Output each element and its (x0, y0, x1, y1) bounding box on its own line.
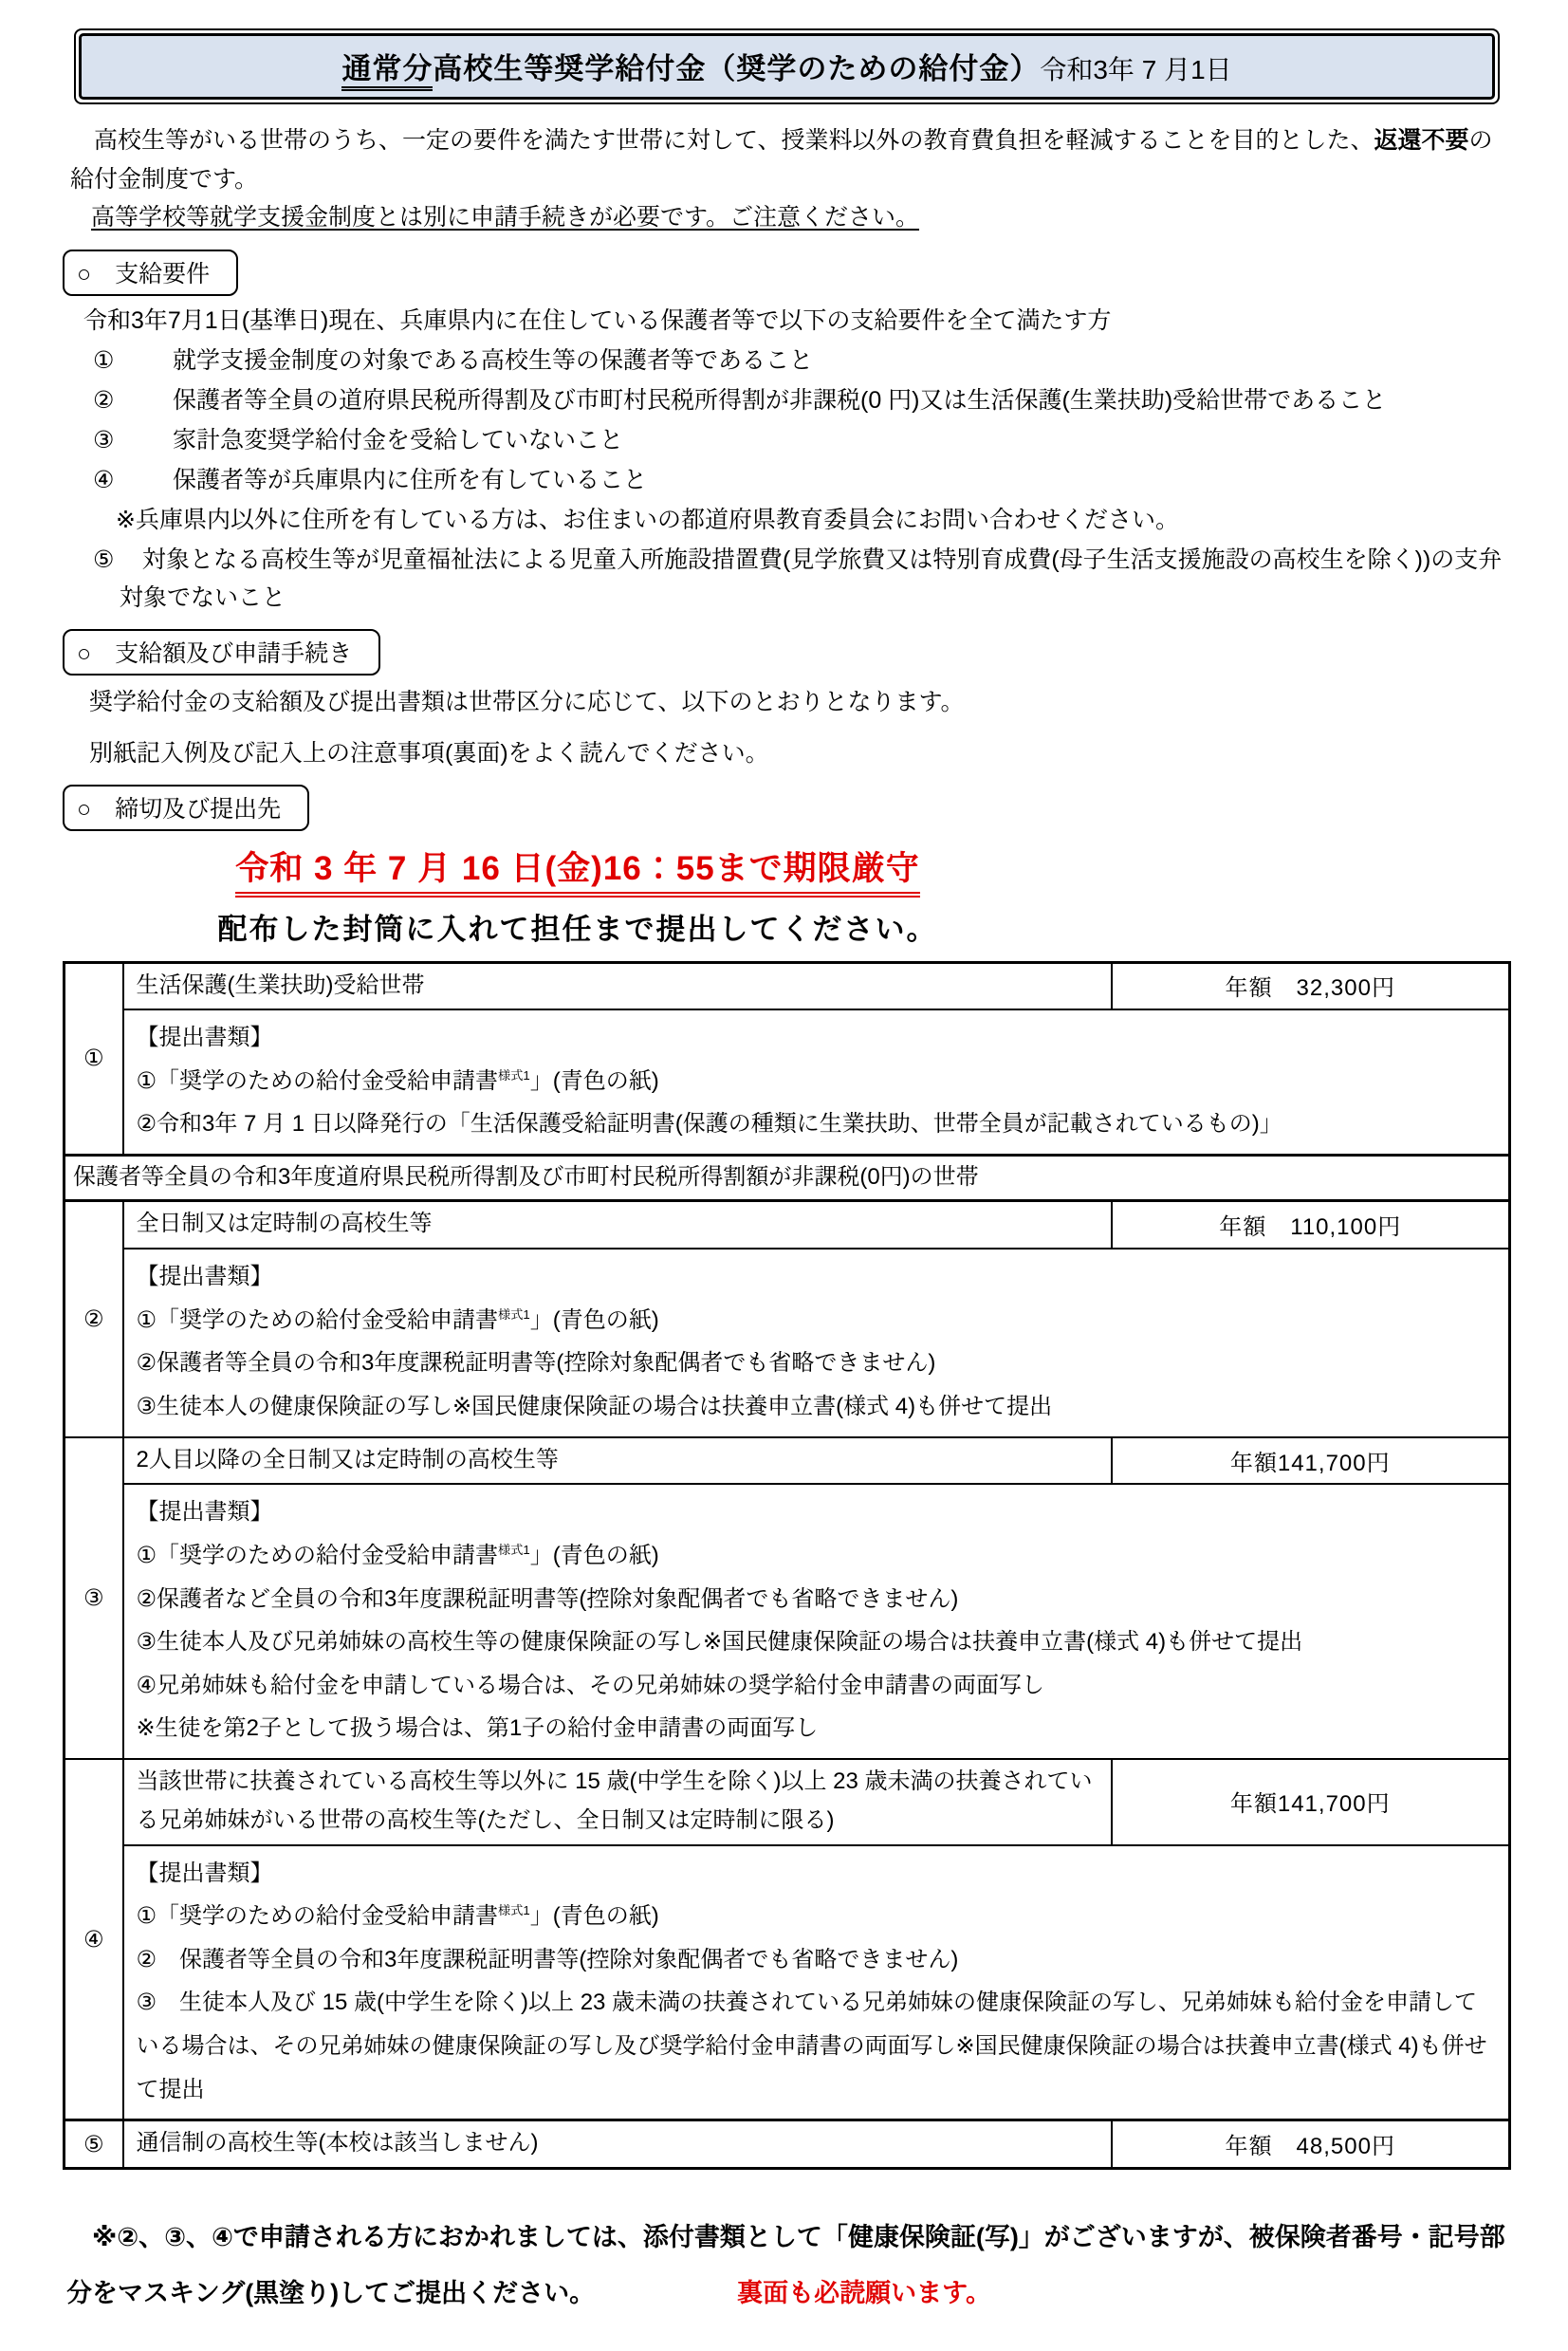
docs-line: ②令和3年 7 月 1 日以降発行の「生活保護受給証明書(保護の種類に生業扶助、… (137, 1102, 1500, 1146)
requirement-item: ①就学支援金制度の対象である高校生等の保護者等であること (120, 342, 1511, 379)
intro-line1-bold: 返還不要 (1374, 127, 1469, 154)
requirement-text: 保護者等全員の道府県民税所得割及び市町村民税所得割が非課税(0 円)又は生活保護… (173, 387, 1386, 414)
requirement-item: ③家計急変奨学給付金を受給していないこと (120, 421, 1511, 459)
title-bar: 通常分高校生等奨学給付金（奨学のための給付金）令和3年 7 月1日 (74, 28, 1500, 104)
footer-note: ※②、③、④で申請される方におかれましては、添付書類として「健康保険証(写)」が… (66, 2210, 1507, 2323)
docs-cell: 【提出書類】 ①「奨学のための給付金受給申請書様式1」(青色の紙) ②保護者など… (123, 1484, 1510, 1759)
row-number: ③ (65, 1437, 123, 1759)
form-superscript: 様式1 (498, 1068, 530, 1083)
intro-paragraph: 高校生等がいる世帯のうち、一定の要件を満たす世帯に対して、授業料以外の教育費負担… (70, 121, 1505, 237)
footer-note-red: 裏面も必読願います。 (737, 2279, 991, 2307)
form-superscript: 様式1 (498, 1307, 530, 1322)
docs-line: ①「奨学のための給付金受給申請書様式1」(青色の紙) (137, 1060, 1500, 1103)
title-bar-inner: 通常分高校生等奨学給付金（奨学のための給付金）令和3年 7 月1日 (79, 33, 1495, 100)
requirement-note: ※兵庫県内以外に住所を有している方は、お住まいの都道府県教育委員会にお問い合わせ… (116, 501, 1511, 539)
docs-line: ③ 生徒本人及び 15 歳(中学生を除く)以上 23 歳未満の扶養されている兄弟… (137, 1981, 1500, 2111)
docs-line-post: 」(青色の紙) (530, 1543, 659, 1568)
row-number: ⑤ (65, 2120, 123, 2169)
requirement-number: ④ (93, 461, 173, 499)
tax-exempt-cell: 保護者等全員の令和3年度道府県民税所得割及び市町村民税所得割額が非課税(0円)の… (65, 1156, 1510, 1201)
procedure-line-2: 別紙記入例及び記入上の注意事項(裏面)をよく読んでください。 (89, 734, 1511, 772)
requirement-item: ②保護者等全員の道府県民税所得割及び市町村民税所得割が非課税(0 円)又は生活保… (120, 381, 1511, 419)
category-cell: 通信制の高校生等(本校は該当しません) (123, 2120, 1112, 2169)
docs-heading: 【提出書類】 (137, 1255, 1500, 1299)
docs-line-pre: ①「奨学のための給付金受給申請書 (137, 1068, 499, 1094)
table-row-tax-exempt: 保護者等全員の令和3年度道府県民税所得割及び市町村民税所得割額が非課税(0円)の… (65, 1156, 1510, 1201)
row-number: ② (65, 1201, 123, 1437)
intro-line-1: 高校生等がいる世帯のうち、一定の要件を満たす世帯に対して、授業料以外の教育費負担… (70, 121, 1505, 198)
table-row-docs-4: 【提出書類】 ①「奨学のための給付金受給申請書様式1」(青色の紙) ② 保護者等… (65, 1845, 1510, 2120)
requirement-text: 対象となる高校生等が児童福祉法による児童入所施設措置費(見学旅費又は特別育成費(… (120, 546, 1502, 611)
procedure-line-1: 奨学給付金の支給額及び提出書類は世帯区分に応じて、以下のとおりとなります。 (89, 683, 1511, 721)
requirement-text: 家計急変奨学給付金を受給していないこと (173, 427, 623, 454)
table-row-category-3: ③ 2人目以降の全日制又は定時制の高校生等 年額141,700円 (65, 1437, 1510, 1485)
page-title-rest: 高校生等奨学給付金（奨学のための給付金） (433, 52, 1040, 85)
docs-cell: 【提出書類】 ①「奨学のための給付金受給申請書様式1」(青色の紙) ②保護者等全… (123, 1249, 1510, 1436)
intro-line1-pre: 高校生等がいる世帯のうち、一定の要件を満たす世帯に対して、授業料以外の教育費負担… (70, 127, 1374, 154)
row-number: ① (65, 962, 123, 1156)
amount-cell: 年額141,700円 (1112, 1437, 1510, 1485)
docs-line: ②保護者等全員の令和3年度課税証明書等(控除対象配偶者でも省略できません) (137, 1342, 1500, 1385)
table-row-category-4: ④ 当該世帯に扶養されている高校生等以外に 15 歳(中学生を除く)以上 23 … (65, 1759, 1510, 1845)
docs-heading: 【提出書類】 (137, 1852, 1500, 1896)
category-cell: 生活保護(生業扶助)受給世帯 (123, 962, 1112, 1009)
docs-line-pre: ①「奨学のための給付金受給申請書 (137, 1307, 499, 1333)
amount-cell: 年額 48,500円 (1112, 2120, 1510, 2169)
table-row-docs-2: 【提出書類】 ①「奨学のための給付金受給申請書様式1」(青色の紙) ②保護者等全… (65, 1249, 1510, 1436)
eligibility-list: ①就学支援金制度の対象である高校生等の保護者等であること ②保護者等全員の道府県… (63, 342, 1511, 617)
docs-line-post: 」(青色の紙) (530, 1307, 659, 1333)
deadline-text: 令和 3 年 7 月 16 日(金)16：55まで期限厳守 (235, 842, 919, 898)
requirement-number: ⑤ (93, 541, 142, 579)
eligibility-lead: 令和3年7月1日(基準日)現在、兵庫県内に在住している保護者等で以下の支給要件を… (83, 302, 1511, 340)
page-title-underlined: 通常分 (341, 52, 433, 91)
table-row-category-1: ① 生活保護(生業扶助)受給世帯 年額 32,300円 (65, 962, 1510, 1009)
section-heading-procedure: ○ 支給額及び申請手続き (63, 629, 380, 676)
requirement-text: 保護者等が兵庫県内に住所を有していること (173, 467, 647, 493)
section-heading-deadline: ○ 締切及び提出先 (63, 785, 309, 831)
docs-heading: 【提出書類】 (137, 1490, 1500, 1534)
amount-cell: 年額 110,100円 (1112, 1201, 1510, 1249)
amount-cell: 年額141,700円 (1112, 1759, 1510, 1845)
table-row-category-2: ② 全日制又は定時制の高校生等 年額 110,100円 (65, 1201, 1510, 1249)
docs-line-pre: ①「奨学のための給付金受給申請書 (137, 1903, 499, 1929)
table-row-docs-1: 【提出書類】 ①「奨学のための給付金受給申請書様式1」(青色の紙) ②令和3年 … (65, 1009, 1510, 1155)
section-procedure: ○ 支給額及び申請手続き 奨学給付金の支給額及び提出書類は世帯区分に応じて、以下… (63, 617, 1511, 772)
section-heading-eligibility: ○ 支給要件 (63, 250, 238, 296)
deadline-block: 令和 3 年 7 月 16 日(金)16：55まで期限厳守 配布した封筒に入れて… (63, 842, 1093, 948)
category-cell: 当該世帯に扶養されている高校生等以外に 15 歳(中学生を除く)以上 23 歳未… (123, 1759, 1112, 1845)
category-cell: 全日制又は定時制の高校生等 (123, 1201, 1112, 1249)
amount-table: ① 生活保護(生業扶助)受給世帯 年額 32,300円 【提出書類】 ①「奨学の… (63, 961, 1511, 2170)
requirement-number: ① (93, 342, 173, 379)
category-cell: 2人目以降の全日制又は定時制の高校生等 (123, 1437, 1112, 1485)
form-superscript: 様式1 (498, 1543, 530, 1557)
amount-cell: 年額 32,300円 (1112, 962, 1510, 1009)
docs-line: ③生徒本人の健康保険証の写し※国民健康保険証の場合は扶養申立書(様式 4)も併せ… (137, 1385, 1500, 1429)
docs-line: ①「奨学のための給付金受給申請書様式1」(青色の紙) (137, 1534, 1500, 1578)
form-superscript: 様式1 (498, 1903, 530, 1917)
title-date: 令和3年 7 月1日 (1040, 55, 1231, 84)
table-row-docs-3: 【提出書類】 ①「奨学のための給付金受給申請書様式1」(青色の紙) ②保護者など… (65, 1484, 1510, 1759)
docs-line-post: 」(青色の紙) (530, 1903, 659, 1929)
docs-line: ②保護者など全員の令和3年度課税証明書等(控除対象配偶者でも省略できません) (137, 1578, 1500, 1621)
docs-line-pre: ①「奨学のための給付金受給申請書 (137, 1543, 499, 1568)
intro-line2-text: 高等学校等就学支援金制度とは別に申請手続きが必要です。ご注意ください。 (91, 204, 919, 231)
submit-instruction: 配布した封筒に入れて担任まで提出してください。 (63, 905, 1093, 948)
document-page: 通常分高校生等奨学給付金（奨学のための給付金）令和3年 7 月1日 高校生等がい… (0, 0, 1568, 2351)
docs-line: ③生徒本人及び兄弟姉妹の高校生等の健康保険証の写し※国民健康保険証の場合は扶養申… (137, 1620, 1500, 1664)
table-row-category-5: ⑤ 通信制の高校生等(本校は該当しません) 年額 48,500円 (65, 2120, 1510, 2169)
row-number: ④ (65, 1759, 123, 2120)
docs-line: ①「奨学のための給付金受給申請書様式1」(青色の紙) (137, 1299, 1500, 1342)
docs-heading: 【提出書類】 (137, 1016, 1500, 1060)
requirement-text: 就学支援金制度の対象である高校生等の保護者等であること (173, 347, 813, 374)
section-eligibility: ○ 支給要件 令和3年7月1日(基準日)現在、兵庫県内に在住している保護者等で以… (63, 237, 1511, 617)
page-title: 通常分高校生等奨学給付金（奨学のための給付金） (341, 52, 1040, 91)
requirement-number: ② (93, 381, 173, 419)
docs-cell: 【提出書類】 ①「奨学のための給付金受給申請書様式1」(青色の紙) ② 保護者等… (123, 1845, 1510, 2120)
docs-line: ② 保護者等全員の令和3年度課税証明書等(控除対象配偶者でも省略できません) (137, 1938, 1500, 1982)
requirement-item: ④保護者等が兵庫県内に住所を有していること (120, 461, 1511, 499)
docs-cell: 【提出書類】 ①「奨学のための給付金受給申請書様式1」(青色の紙) ②令和3年 … (123, 1009, 1510, 1155)
intro-line-2: 高等学校等就学支援金制度とは別に申請手続きが必要です。ご注意ください。 (91, 198, 1505, 237)
docs-line-post: 」(青色の紙) (530, 1068, 659, 1094)
requirement-number: ③ (93, 421, 173, 459)
docs-line: ④兄弟姉妹も給付金を申請している場合は、その兄弟姉妹の奨学給付金申請書の両面写し (137, 1664, 1500, 1708)
docs-line: ①「奨学のための給付金受給申請書様式1」(青色の紙) (137, 1895, 1500, 1938)
requirement-item: ⑤対象となる高校生等が児童福祉法による児童入所施設措置費(見学旅費又は特別育成費… (120, 541, 1511, 617)
section-deadline: ○ 締切及び提出先 令和 3 年 7 月 16 日(金)16：55まで期限厳守 … (63, 772, 1511, 948)
docs-line: ※生徒を第2子として扱う場合は、第1子の給付金申請書の両面写し (137, 1707, 1500, 1750)
